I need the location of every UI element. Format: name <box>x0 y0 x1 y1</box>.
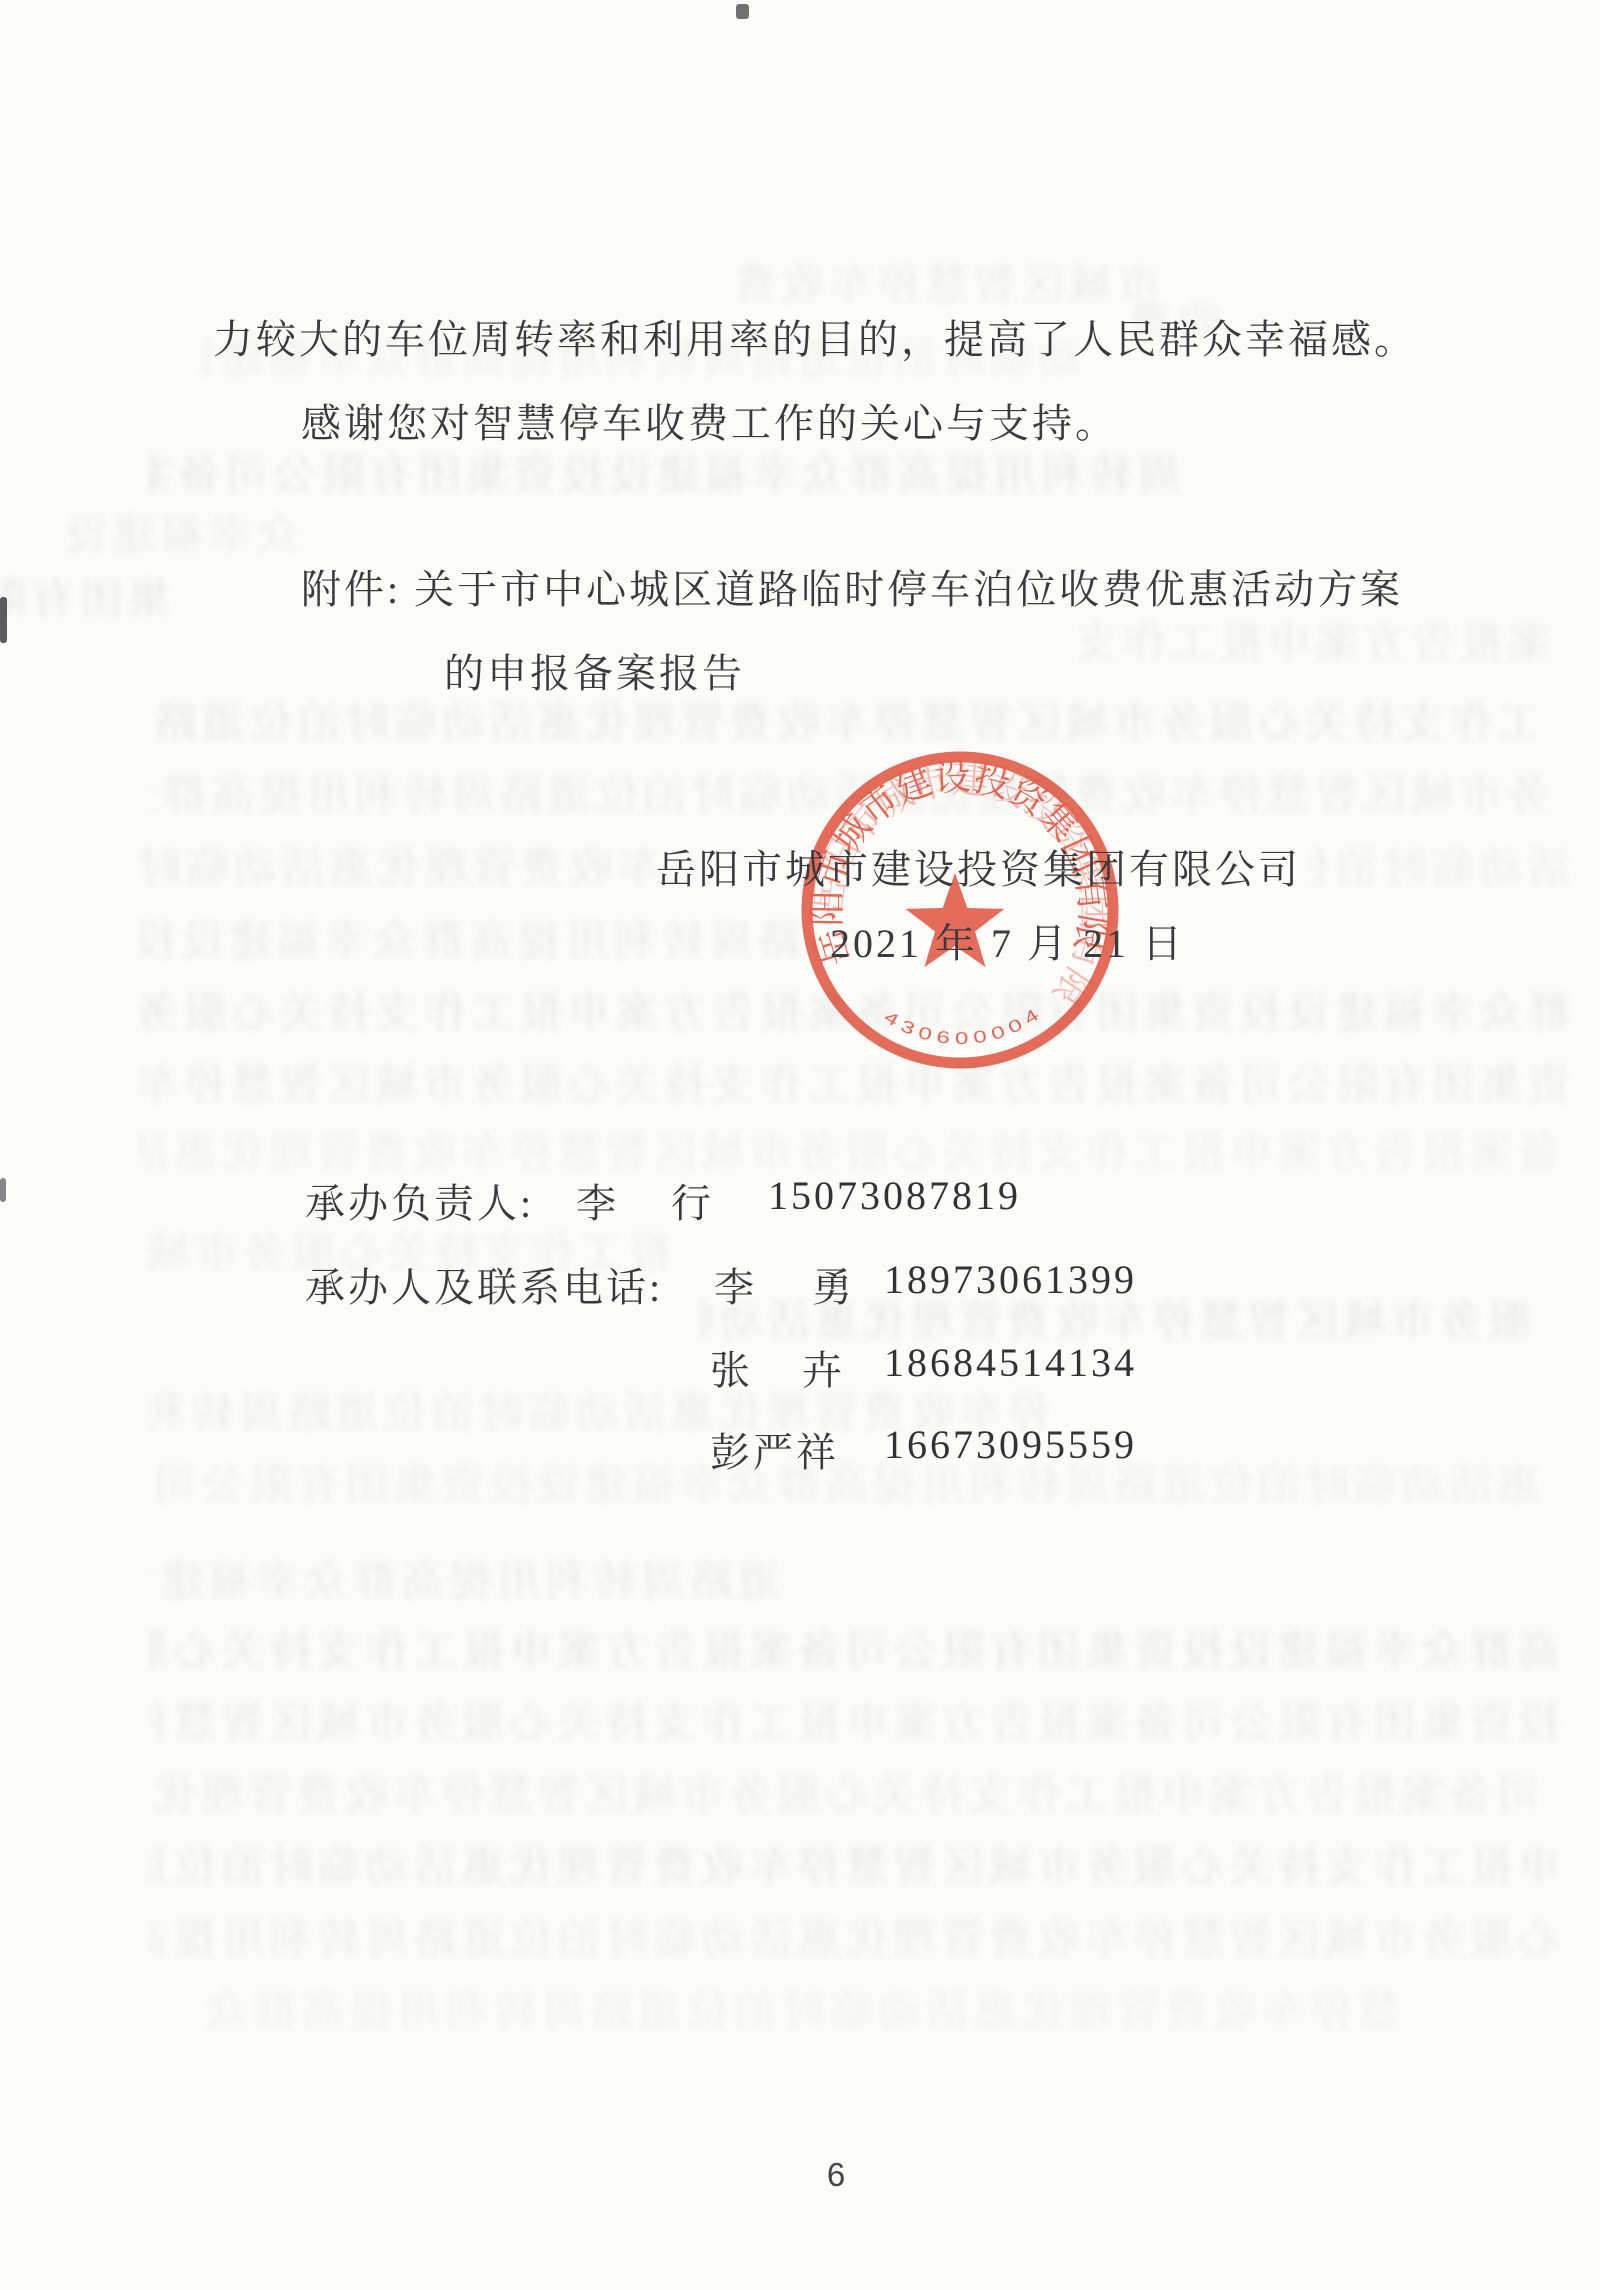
document-page: 市城区智慧停车收费管理收费管理动临时泊位道路周转利用提高群众幸福建设投资周转利用… <box>0 0 1600 2290</box>
contact-row: 彭严祥 16673095559 <box>0 1421 1600 1473</box>
contact-name: 彭严祥 <box>710 1421 839 1478</box>
attachment-line-2: 的申报备案报告 <box>444 642 745 699</box>
page-number: 6 <box>806 2156 866 2194</box>
contact-name: 张 <box>710 1339 753 1396</box>
contact-row: 承办人及联系电话: 李 勇 18973061399 <box>0 1256 1600 1308</box>
signature-date: 2021 年 7 月 21 日 <box>830 912 1185 969</box>
contact-phone: 18684514134 <box>884 1339 1137 1386</box>
contact-phone: 16673095559 <box>884 1421 1137 1468</box>
contact-name: 李 <box>576 1172 619 1229</box>
signature-company: 岳阳市城市建设投资集团有限公司 <box>656 838 1301 895</box>
contact-name: 卉 <box>802 1339 845 1396</box>
contact-row: 张 卉 18684514134 <box>0 1339 1600 1391</box>
contact-name: 勇 <box>812 1256 855 1313</box>
contact-name: 李 <box>714 1256 757 1313</box>
paragraph-line-1: 力较大的车位周转率和利用率的目的，提高了人民群众幸福感。 <box>213 308 1417 365</box>
contact-row: 承办负责人: 李 行 15073087819 <box>0 1172 1600 1224</box>
paragraph-line-2: 感谢您对智慧停车收费工作的关心与支持。 <box>301 392 1118 449</box>
contact-label: 承办负责人: <box>305 1172 534 1229</box>
contact-phone: 18973061399 <box>884 1256 1137 1303</box>
contact-label: 承办人及联系电话: <box>305 1256 663 1313</box>
contact-phone: 15073087819 <box>768 1172 1021 1219</box>
attachment-line-1: 附件: 关于市中心城区道路临时停车泊位收费优惠活动方案 <box>301 558 1403 615</box>
contact-name: 行 <box>671 1172 714 1229</box>
